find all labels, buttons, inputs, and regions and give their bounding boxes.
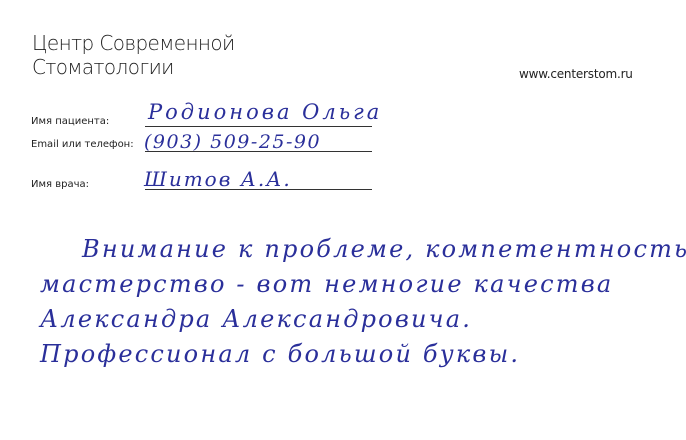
website-url: www.centerstom.ru <box>519 67 633 81</box>
doctor-name-label: Имя врача: <box>31 179 89 190</box>
contact-label: Email или телефон: <box>31 139 134 150</box>
clinic-name-line1: Центр Современной <box>32 31 235 55</box>
review-text: Внимание к проблеме, компетентность, мас… <box>40 232 680 372</box>
review-line: мастерство - вот немногие качества <box>40 267 680 302</box>
patient-name-value: Родионова Ольга <box>148 100 382 124</box>
clinic-name: Центр Современной Стоматологии <box>32 31 235 79</box>
doctor-name-value: Шитов А.А. <box>144 167 292 191</box>
doctor-name-underline <box>145 189 372 190</box>
patient-name-label: Имя пациента: <box>31 116 109 127</box>
clinic-name-line2: Стоматологии <box>32 55 235 79</box>
patient-name-underline <box>145 126 372 127</box>
contact-underline <box>145 151 372 152</box>
contact-value: (903) 509-25-90 <box>144 131 321 153</box>
review-line: Внимание к проблеме, компетентность, <box>40 232 680 267</box>
review-line: Профессионал с большой буквы. <box>40 337 680 372</box>
review-line: Александра Александровича. <box>40 302 680 337</box>
